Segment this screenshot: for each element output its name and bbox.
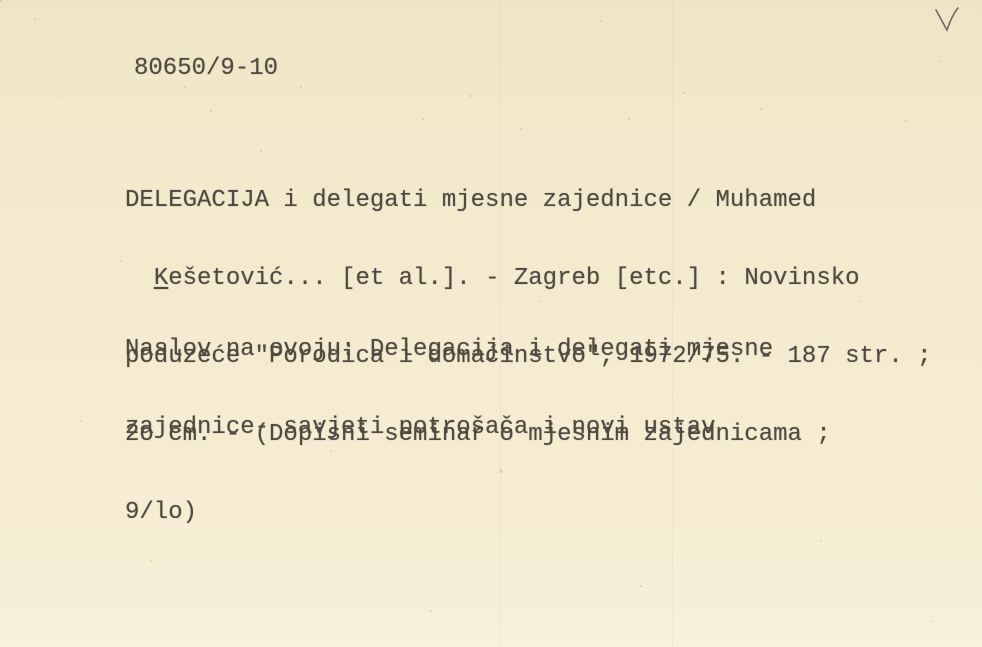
- entry-line: 9/lo): [125, 500, 932, 526]
- entry-line: DELEGACIJA i delegati mjesne zajednice /…: [125, 188, 932, 214]
- note-line-text: Naslov na ovoju: Delegacija i delegati m…: [125, 336, 773, 363]
- catalog-card: 80650/9-10 DELEGACIJA i delegati mjesne …: [0, 0, 982, 647]
- note-line: zajednice- savjeti potrošača i novi usta…: [125, 415, 773, 441]
- entry-line-text: DELEGACIJA i delegati mjesne zajednice /…: [125, 187, 816, 214]
- entry-line-text: 9/lo): [125, 499, 197, 526]
- note-line-text: zajednice- savjeti potrošača i novi usta…: [125, 414, 716, 441]
- checkmark-icon: [928, 4, 964, 38]
- note-line: Naslov na ovoju: Delegacija i delegati m…: [125, 337, 773, 363]
- call-number: 80650/9-10: [134, 56, 278, 82]
- cover-title-note: Naslov na ovoju: Delegacija i delegati m…: [125, 285, 773, 493]
